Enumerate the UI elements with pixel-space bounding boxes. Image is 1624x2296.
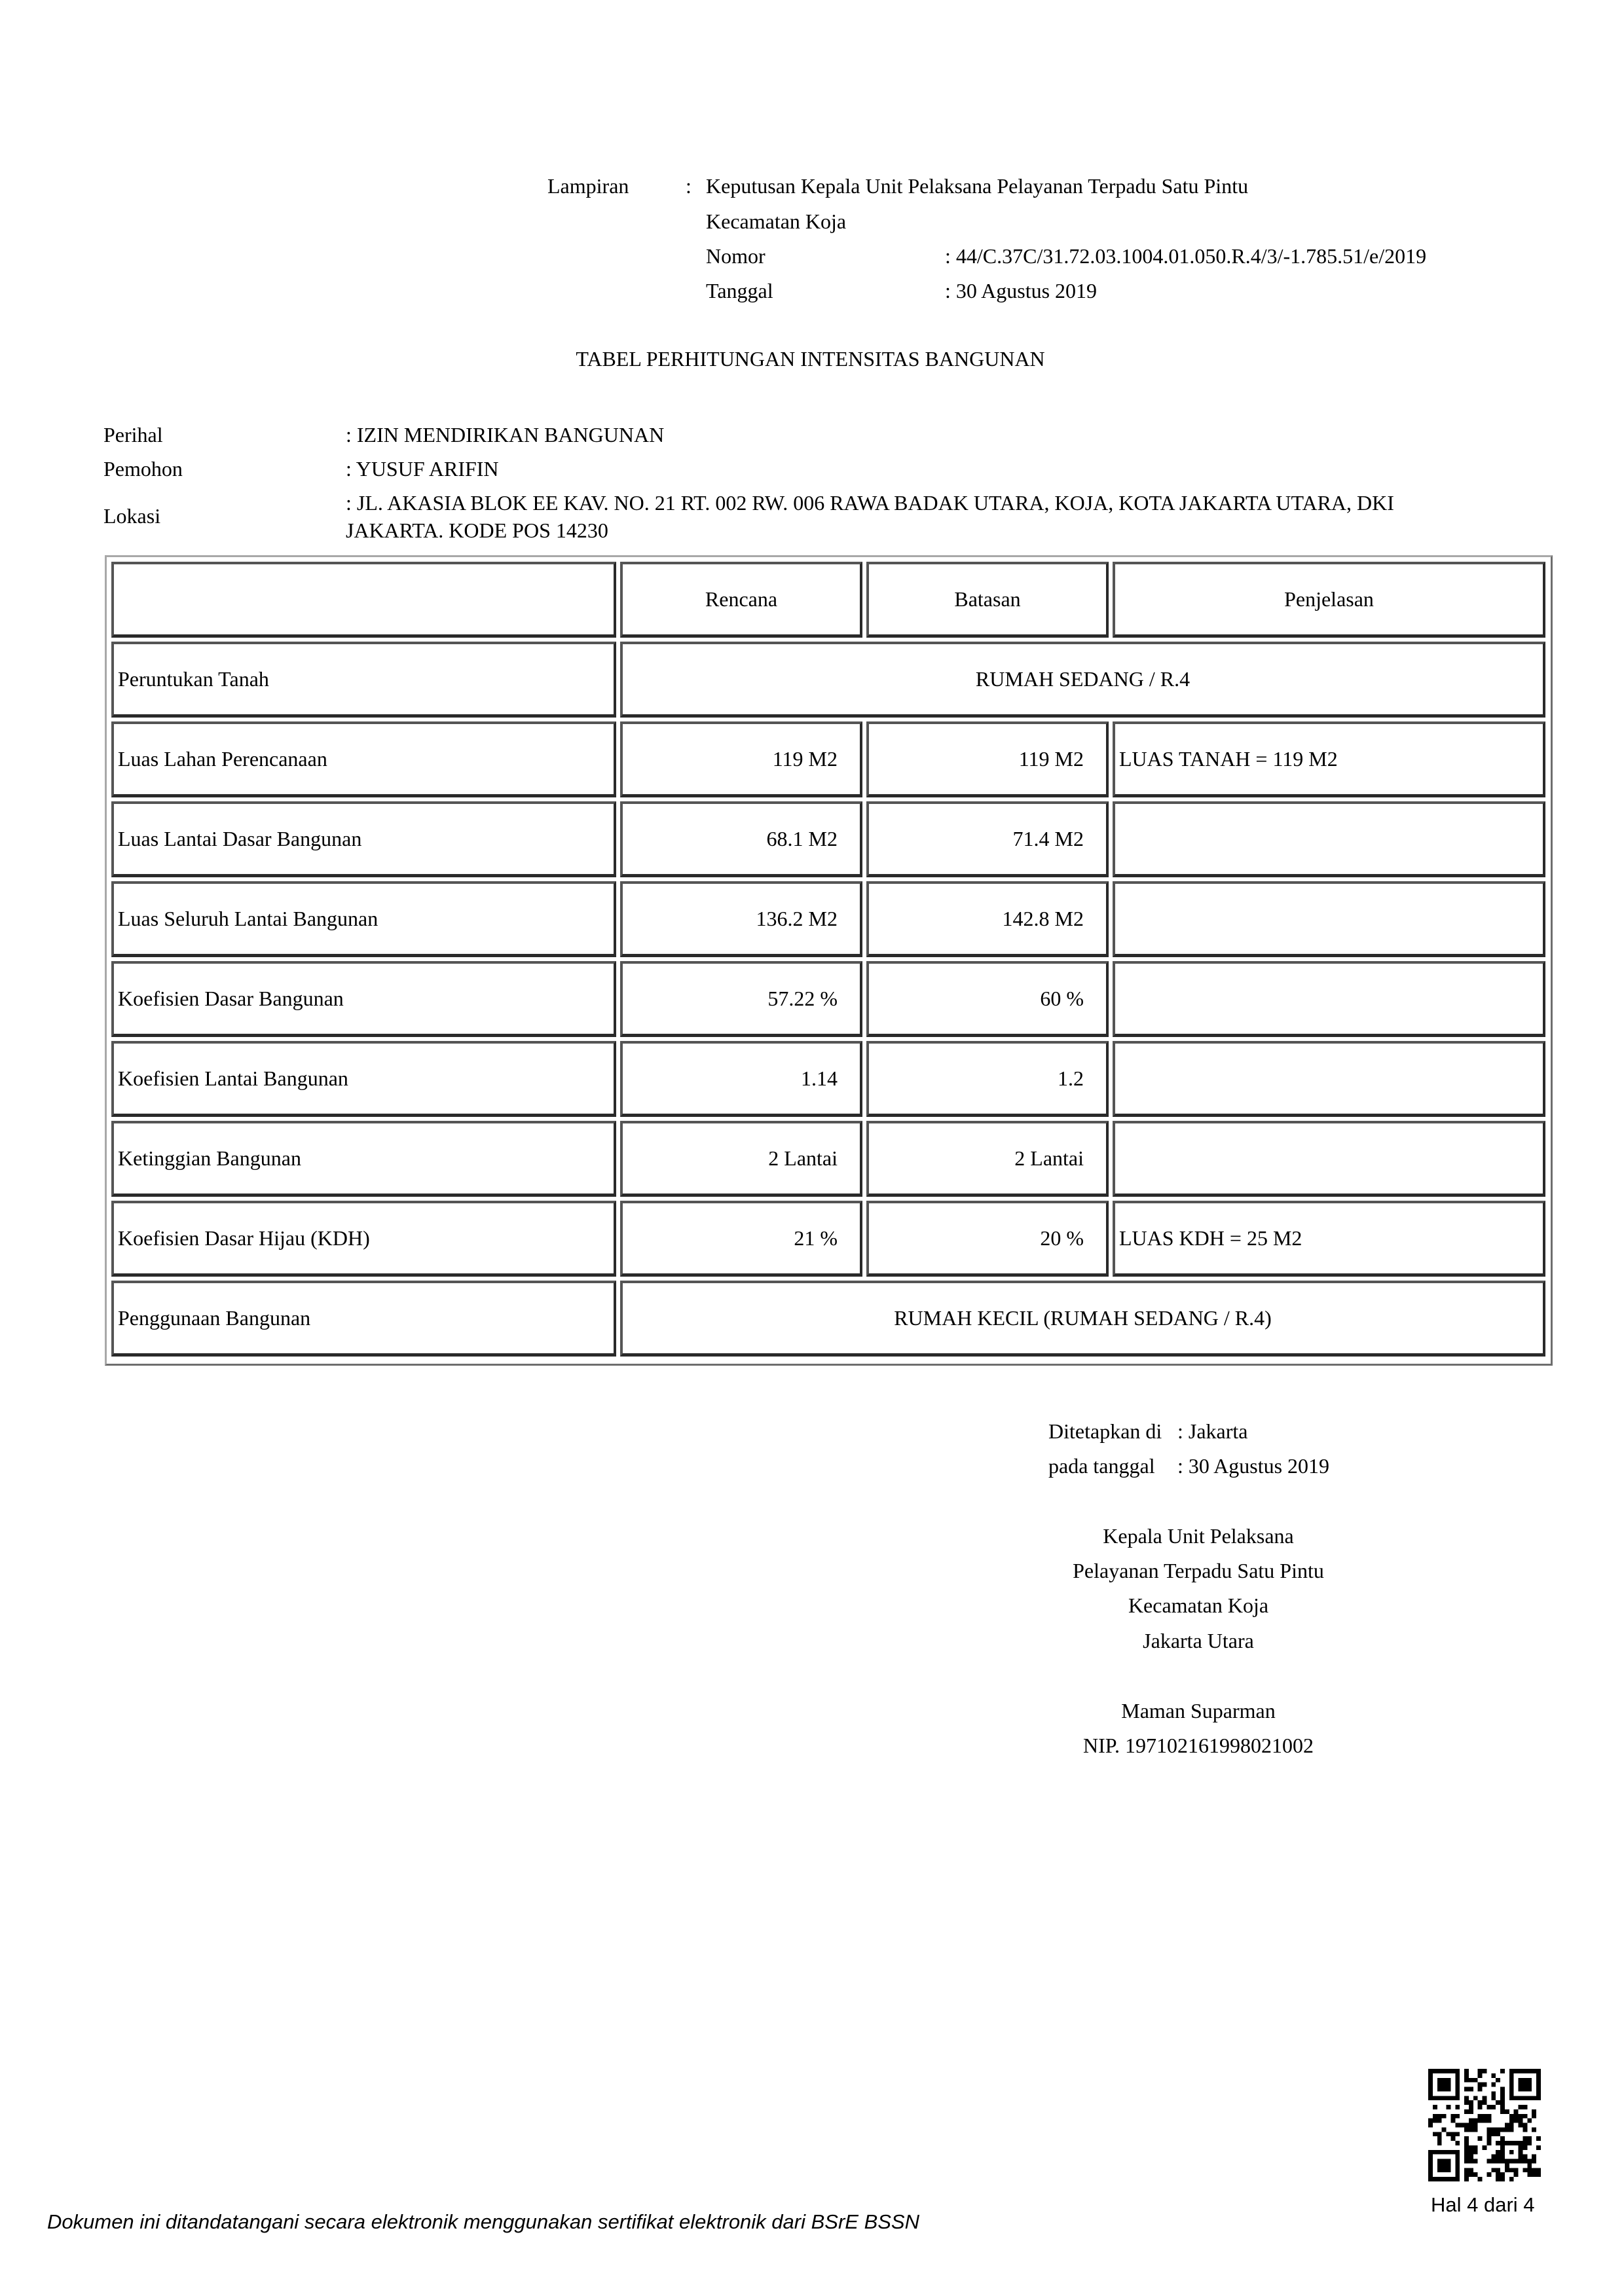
penjelasan-cell	[1113, 801, 1545, 877]
signatory-position-line4: Jakarta Utara	[1035, 1630, 1362, 1651]
penjelasan-cell	[1113, 1121, 1545, 1197]
ditetapkan-label: Ditetapkan di	[1048, 1421, 1162, 1442]
penjelasan-cell	[1113, 1041, 1545, 1117]
pemohon-value: : YUSUF ARIFIN	[346, 458, 499, 479]
signature-date-label: pada tanggal	[1048, 1455, 1155, 1476]
tanggal-value: : 30 Agustus 2019	[945, 280, 1097, 301]
rencana-cell: 57.22 %	[620, 961, 862, 1037]
signatory-position-line3: Kecamatan Koja	[1035, 1595, 1362, 1616]
rencana-cell: 1.14	[620, 1041, 862, 1117]
penjelasan-cell: LUAS KDH = 25 M2	[1113, 1201, 1545, 1277]
rencana-cell: 119 M2	[620, 721, 862, 797]
penjelasan-cell: LUAS TANAH = 119 M2	[1113, 721, 1545, 797]
lokasi-value-line1: : JL. AKASIA BLOK EE KAV. NO. 21 RT. 002…	[346, 492, 1394, 513]
batasan-cell: 1.2	[866, 1041, 1109, 1117]
signatory-nip: NIP. 197102161998021002	[1035, 1735, 1362, 1756]
batasan-cell: 142.8 M2	[866, 881, 1109, 957]
lampiran-text-line1: Keputusan Kepala Unit Pelaksana Pelayana…	[706, 175, 1248, 196]
page-number: Hal 4 dari 4	[1431, 2195, 1535, 2215]
header-cell-empty	[111, 562, 616, 638]
ditetapkan-value: : Jakarta	[1177, 1421, 1248, 1442]
row-label-cell: Penggunaan Bangunan	[111, 1281, 616, 1357]
row-label-cell: Ketinggian Bangunan	[111, 1121, 616, 1197]
document-title-text: TABEL PERHITUNGAN INTENSITAS BANGUNAN	[576, 347, 1044, 371]
qr-code-icon[interactable]	[1428, 2069, 1541, 2181]
document-title: TABEL PERHITUNGAN INTENSITAS BANGUNAN	[0, 348, 1624, 369]
row-label-cell: Koefisien Dasar Hijau (KDH)	[111, 1201, 616, 1277]
lampiran-label: Lampiran	[547, 175, 629, 196]
batasan-cell: 2 Lantai	[866, 1121, 1109, 1197]
batasan-cell: 71.4 M2	[866, 801, 1109, 877]
lampiran-text-line2: Kecamatan Koja	[706, 211, 846, 232]
intensity-calculation-table: RencanaBatasanPenjelasanPeruntukan Tanah…	[105, 555, 1553, 1366]
batasan-cell: 60 %	[866, 961, 1109, 1037]
lokasi-value-line2: JAKARTA. KODE POS 14230	[346, 520, 608, 541]
rencana-cell: 68.1 M2	[620, 801, 862, 877]
e-signature-note: Dokumen ini ditandatangani secara elektr…	[47, 2212, 919, 2232]
rencana-cell: 136.2 M2	[620, 881, 862, 957]
row-label-cell: Koefisien Dasar Bangunan	[111, 961, 616, 1037]
header-cell-penjelasan: Penjelasan	[1113, 562, 1545, 638]
penjelasan-cell	[1113, 881, 1545, 957]
row-label-cell: Luas Lantai Dasar Bangunan	[111, 801, 616, 877]
merged-value-cell: RUMAH KECIL (RUMAH SEDANG / R.4)	[620, 1281, 1545, 1357]
signatory-position-line1: Kepala Unit Pelaksana	[1035, 1525, 1362, 1546]
nomor-value: : 44/C.37C/31.72.03.1004.01.050.R.4/3/-1…	[945, 246, 1426, 266]
signature-date-value: : 30 Agustus 2019	[1177, 1455, 1329, 1476]
row-label-cell: Luas Seluruh Lantai Bangunan	[111, 881, 616, 957]
batasan-cell: 20 %	[866, 1201, 1109, 1277]
row-label-cell: Luas Lahan Perencanaan	[111, 721, 616, 797]
lokasi-label: Lokasi	[103, 505, 160, 526]
rencana-cell: 21 %	[620, 1201, 862, 1277]
pemohon-label: Pemohon	[103, 458, 183, 479]
header-cell-rencana: Rencana	[620, 562, 862, 638]
tanggal-label: Tanggal	[706, 280, 773, 301]
row-label-cell: Peruntukan Tanah	[111, 642, 616, 718]
merged-value-cell: RUMAH SEDANG / R.4	[620, 642, 1545, 718]
row-label-cell: Koefisien Lantai Bangunan	[111, 1041, 616, 1117]
signatory-name: Maman Suparman	[1035, 1700, 1362, 1721]
perihal-label: Perihal	[103, 424, 163, 445]
header-cell-batasan: Batasan	[866, 562, 1109, 638]
perihal-value: : IZIN MENDIRIKAN BANGUNAN	[346, 424, 664, 445]
batasan-cell: 119 M2	[866, 721, 1109, 797]
signatory-position-line2: Pelayanan Terpadu Satu Pintu	[1035, 1560, 1362, 1581]
rencana-cell: 2 Lantai	[620, 1121, 862, 1197]
penjelasan-cell	[1113, 961, 1545, 1037]
lampiran-colon: :	[686, 175, 692, 196]
nomor-label: Nomor	[706, 246, 766, 266]
